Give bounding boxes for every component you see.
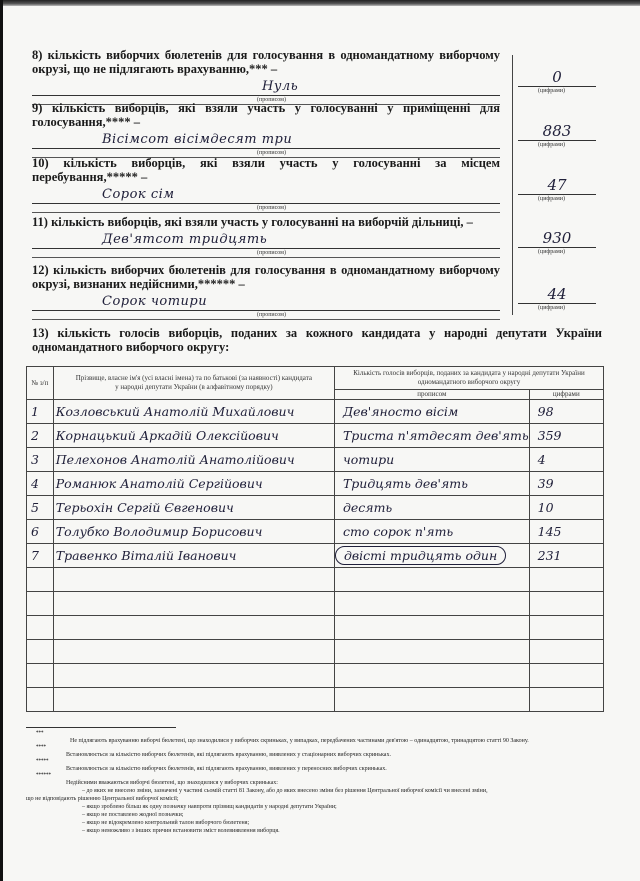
cell-votes-digits-value: 145 (538, 524, 562, 539)
cell-number[interactable] (27, 616, 54, 640)
cell-votes-digits-value: 359 (538, 428, 562, 443)
cell-candidate-name-value: Козловський Анатолій Михайлович (54, 404, 295, 419)
item-8-words-value: Нуль (262, 79, 298, 94)
cell-candidate-name[interactable]: Терьохін Сергій Євгенович (53, 496, 334, 520)
cell-candidate-name-value (54, 620, 56, 635)
header-words: прописом (334, 390, 529, 400)
item-8-words-field[interactable]: Нуль (прописом) (32, 77, 500, 96)
footnote-6-text: Недійсними вважаються виборчі бюлетені, … (26, 779, 626, 787)
cell-votes-words[interactable]: сто сорок п'ять (334, 520, 529, 544)
cell-votes-digits[interactable]: 98 (529, 400, 603, 424)
table-row: 6Толубко Володимир Борисовичсто сорок п'… (27, 520, 604, 544)
scan-edge-left (0, 0, 3, 881)
cell-candidate-name[interactable]: Пелехонов Анатолій Анатолійович (53, 448, 334, 472)
header-votes: Кількість голосів виборців, поданих за к… (334, 367, 603, 390)
cell-candidate-name-value (54, 596, 56, 611)
cell-candidate-name-value: Корнацький Аркадій Олексійович (54, 428, 279, 443)
digits-column-divider (512, 55, 513, 315)
item-10-words-value: Сорок сім (102, 187, 175, 202)
cell-number[interactable] (27, 688, 54, 712)
item-9-digits-value: 883 (543, 122, 572, 140)
cell-votes-digits[interactable] (529, 592, 603, 616)
cell-votes-words-value: двісті тридцять один (335, 546, 506, 565)
cell-candidate-name[interactable] (53, 616, 334, 640)
footnote-6-item-2: – якщо зроблено більш як одну позначку н… (26, 803, 626, 811)
footnote-4-text: Встановлюється за кількістю виборчих бюл… (26, 751, 626, 759)
cell-votes-digits-value: 39 (538, 476, 554, 491)
cell-number[interactable] (27, 568, 54, 592)
item-11-digits-field[interactable]: 930 (цифрами) (518, 229, 596, 248)
digits-caption: (цифрами) (538, 249, 565, 255)
cell-votes-digits-value: 4 (538, 452, 546, 467)
footnote-rule (26, 727, 176, 728)
item-10-text: 10) кількість виборців, які взяли участь… (32, 156, 500, 184)
words-caption: (прописом) (257, 312, 286, 318)
separator (32, 257, 500, 258)
separator (32, 212, 500, 213)
candidates-table: № з/п Прізвище, власне ім'я (усі власні … (26, 366, 604, 712)
cell-votes-words[interactable]: Тридцять дев'ять (334, 472, 529, 496)
cell-votes-digits[interactable] (529, 616, 603, 640)
cell-number[interactable]: 2 (27, 424, 54, 448)
cell-votes-words-value: Триста п'ятдесят дев'ять (335, 428, 529, 443)
cell-votes-words[interactable]: Дев'яносто вісім (334, 400, 529, 424)
cell-votes-words[interactable] (334, 688, 529, 712)
item-9: 9) кількість виборців, які взяли участь … (32, 101, 500, 158)
cell-votes-words[interactable] (334, 592, 529, 616)
section-13-line1: 13) кількість голосів виборців, поданих … (32, 326, 602, 340)
cell-votes-words-value (335, 668, 343, 683)
footnote-3-text: Не підлягають врахуванню виборчі бюлетен… (26, 737, 626, 745)
cell-votes-digits[interactable]: 359 (529, 424, 603, 448)
cell-votes-digits[interactable]: 231 (529, 544, 603, 568)
cell-number-value: 6 (31, 524, 39, 539)
item-11-words-field[interactable]: Дев'ятсот тридцять (прописом) (32, 230, 500, 249)
cell-number[interactable]: 6 (27, 520, 54, 544)
cell-votes-words[interactable]: десять (334, 496, 529, 520)
section-13-line2: одномандатного виборчого округу: (32, 340, 602, 354)
cell-votes-words-value: Тридцять дев'ять (335, 476, 468, 491)
cell-votes-digits-value: 10 (538, 500, 554, 515)
cell-number[interactable] (27, 640, 54, 664)
digits-caption: (цифрами) (538, 88, 565, 94)
cell-votes-digits-value: 98 (538, 404, 554, 419)
digits-caption: (цифрами) (538, 196, 565, 202)
item-10-digits-value: 47 (547, 176, 566, 194)
footnote-6-item-1: – до яких не внесено зміни, зазначені у … (26, 787, 626, 795)
item-9-digits-field[interactable]: 883 (цифрами) (518, 122, 596, 141)
item-12-digits-value: 44 (547, 285, 566, 303)
cell-candidate-name[interactable] (53, 688, 334, 712)
cell-votes-digits[interactable]: 39 (529, 472, 603, 496)
table-row: 3Пелехонов Анатолій Анатолійовиччотири4 (27, 448, 604, 472)
table-row: 7Травенко Віталій Івановичдвісті тридцят… (27, 544, 604, 568)
item-10-digits-field[interactable]: 47 (цифрами) (518, 176, 596, 195)
cell-number-value: 2 (31, 428, 39, 443)
cell-candidate-name[interactable]: Корнацький Аркадій Олексійович (53, 424, 334, 448)
item-8: 8) кількість виборчих бюлетенів для голо… (32, 48, 500, 105)
cell-candidate-name[interactable]: Толубко Володимир Борисович (53, 520, 334, 544)
cell-number[interactable]: 4 (27, 472, 54, 496)
table-row: 4Романюк Анатолій СергійовичТридцять дев… (27, 472, 604, 496)
table-row (27, 616, 604, 640)
cell-votes-digits[interactable] (529, 688, 603, 712)
cell-candidate-name[interactable]: Романюк Анатолій Сергійович (53, 472, 334, 496)
footnote-6-item-4: – якщо не відокремлено контрольний талон… (26, 819, 626, 827)
cell-number[interactable] (27, 664, 54, 688)
cell-number-value: 3 (31, 452, 39, 467)
digits-caption: (цифрами) (538, 142, 565, 148)
footnotes: *** Не підлягають врахуванню виборчі бюл… (26, 731, 626, 835)
header-digits: цифрами (529, 390, 603, 400)
cell-votes-words[interactable] (334, 616, 529, 640)
footnote-6-item-1-cont: що не відповідають рішенню Центральної в… (26, 795, 626, 803)
cell-votes-words-value: десять (335, 500, 392, 515)
cell-votes-digits[interactable] (529, 568, 603, 592)
item-12: 12) кількість виборчих бюлетенів для гол… (32, 263, 500, 320)
cell-votes-words[interactable] (334, 568, 529, 592)
cell-votes-words[interactable] (334, 640, 529, 664)
cell-votes-words[interactable]: двісті тридцять один (334, 544, 529, 568)
cell-candidate-name[interactable]: Козловський Анатолій Михайлович (53, 400, 334, 424)
cell-number-value: 7 (31, 548, 39, 563)
item-9-words-field[interactable]: Вісімсот вісімдесят три (прописом) (32, 130, 500, 149)
cell-candidate-name-value (54, 572, 56, 587)
cell-candidate-name-value (54, 644, 56, 659)
table-row: 5Терьохін Сергій Євгеновичдесять10 (27, 496, 604, 520)
cell-number[interactable]: 1 (27, 400, 54, 424)
cell-candidate-name[interactable] (53, 640, 334, 664)
item-11: 11) кількість виборців, які взяли участь… (32, 215, 500, 258)
cell-candidate-name[interactable]: Травенко Віталій Іванович (53, 544, 334, 568)
cell-votes-words-value (335, 596, 343, 611)
words-caption: (прописом) (257, 250, 286, 256)
table-row: 1Козловський Анатолій МихайловичДев'янос… (27, 400, 604, 424)
item-11-digits-value: 930 (543, 229, 572, 247)
separator (32, 319, 500, 320)
cell-number[interactable]: 3 (27, 448, 54, 472)
item-11-text: 11) кількість виборців, які взяли участь… (32, 215, 500, 229)
cell-candidate-name-value (54, 668, 56, 683)
item-12-words-field[interactable]: Сорок чотири (прописом) (32, 292, 500, 311)
item-10-words-field[interactable]: Сорок сім (прописом) (32, 185, 500, 204)
item-11-words-value: Дев'ятсот тридцять (102, 232, 267, 247)
cell-candidate-name-value (54, 692, 56, 707)
cell-votes-words-value (335, 692, 343, 707)
words-caption: (прописом) (257, 205, 286, 211)
item-9-words-value: Вісімсот вісімдесят три (102, 132, 292, 147)
table-row (27, 688, 604, 712)
cell-votes-words-value (335, 620, 343, 635)
cell-number-value: 4 (31, 476, 39, 491)
cell-votes-words[interactable] (334, 664, 529, 688)
footnote-5-text: Встановлюється за кількістю виборчих бюл… (26, 765, 626, 773)
table-row: 2Корнацький Аркадій ОлексійовичТриста п'… (27, 424, 604, 448)
table-row (27, 664, 604, 688)
cell-votes-words-value: Дев'яносто вісім (335, 404, 458, 419)
cell-votes-words-value (335, 572, 343, 587)
cell-votes-digits[interactable] (529, 640, 603, 664)
cell-votes-digits[interactable]: 4 (529, 448, 603, 472)
section-13-heading: 13) кількість голосів виборців, поданих … (32, 326, 602, 354)
cell-votes-digits[interactable]: 145 (529, 520, 603, 544)
header-number: № з/п (27, 367, 54, 400)
cell-votes-digits[interactable]: 10 (529, 496, 603, 520)
cell-votes-words-value: чотири (335, 452, 394, 467)
cell-number-value: 1 (31, 404, 39, 419)
cell-candidate-name[interactable] (53, 664, 334, 688)
cell-votes-words-value (335, 644, 343, 659)
footnote-6-item-5: – якщо неможливо з інших причин встанови… (26, 827, 626, 835)
cell-number[interactable]: 7 (27, 544, 54, 568)
cell-votes-words-value: сто сорок п'ять (335, 524, 453, 539)
header-candidate-name: Прізвище, власне ім'я (усі власні імена)… (53, 367, 334, 400)
cell-number[interactable] (27, 592, 54, 616)
cell-votes-digits[interactable] (529, 664, 603, 688)
cell-candidate-name[interactable] (53, 592, 334, 616)
cell-votes-digits-value: 231 (538, 548, 562, 563)
scan-edge-top (0, 0, 640, 6)
table-row (27, 568, 604, 592)
item-9-text: 9) кількість виборців, які взяли участь … (32, 101, 500, 129)
cell-votes-words[interactable]: Триста п'ятдесят дев'ять (334, 424, 529, 448)
cell-candidate-name-value: Толубко Володимир Борисович (54, 524, 263, 539)
cell-votes-words[interactable]: чотири (334, 448, 529, 472)
cell-candidate-name[interactable] (53, 568, 334, 592)
item-10: 10) кількість виборців, які взяли участь… (32, 156, 500, 213)
digits-caption: (цифрами) (538, 305, 565, 311)
item-8-text: 8) кількість виборчих бюлетенів для голо… (32, 48, 500, 76)
cell-candidate-name-value: Романюк Анатолій Сергійович (54, 476, 263, 491)
item-8-digits-value: 0 (552, 68, 562, 86)
item-12-words-value: Сорок чотири (102, 294, 207, 309)
footnote-6-item-3: – якщо не поставлено жодної позначки; (26, 811, 626, 819)
table-row (27, 592, 604, 616)
cell-candidate-name-value: Травенко Віталій Іванович (54, 548, 237, 563)
cell-number-value: 5 (31, 500, 39, 515)
cell-candidate-name-value: Терьохін Сергій Євгенович (54, 500, 234, 515)
table-row (27, 640, 604, 664)
item-12-text: 12) кількість виборчих бюлетенів для гол… (32, 263, 500, 291)
item-8-digits-field[interactable]: 0 (цифрами) (518, 68, 596, 87)
item-12-digits-field[interactable]: 44 (цифрами) (518, 285, 596, 304)
cell-candidate-name-value: Пелехонов Анатолій Анатолійович (54, 452, 295, 467)
cell-number[interactable]: 5 (27, 496, 54, 520)
